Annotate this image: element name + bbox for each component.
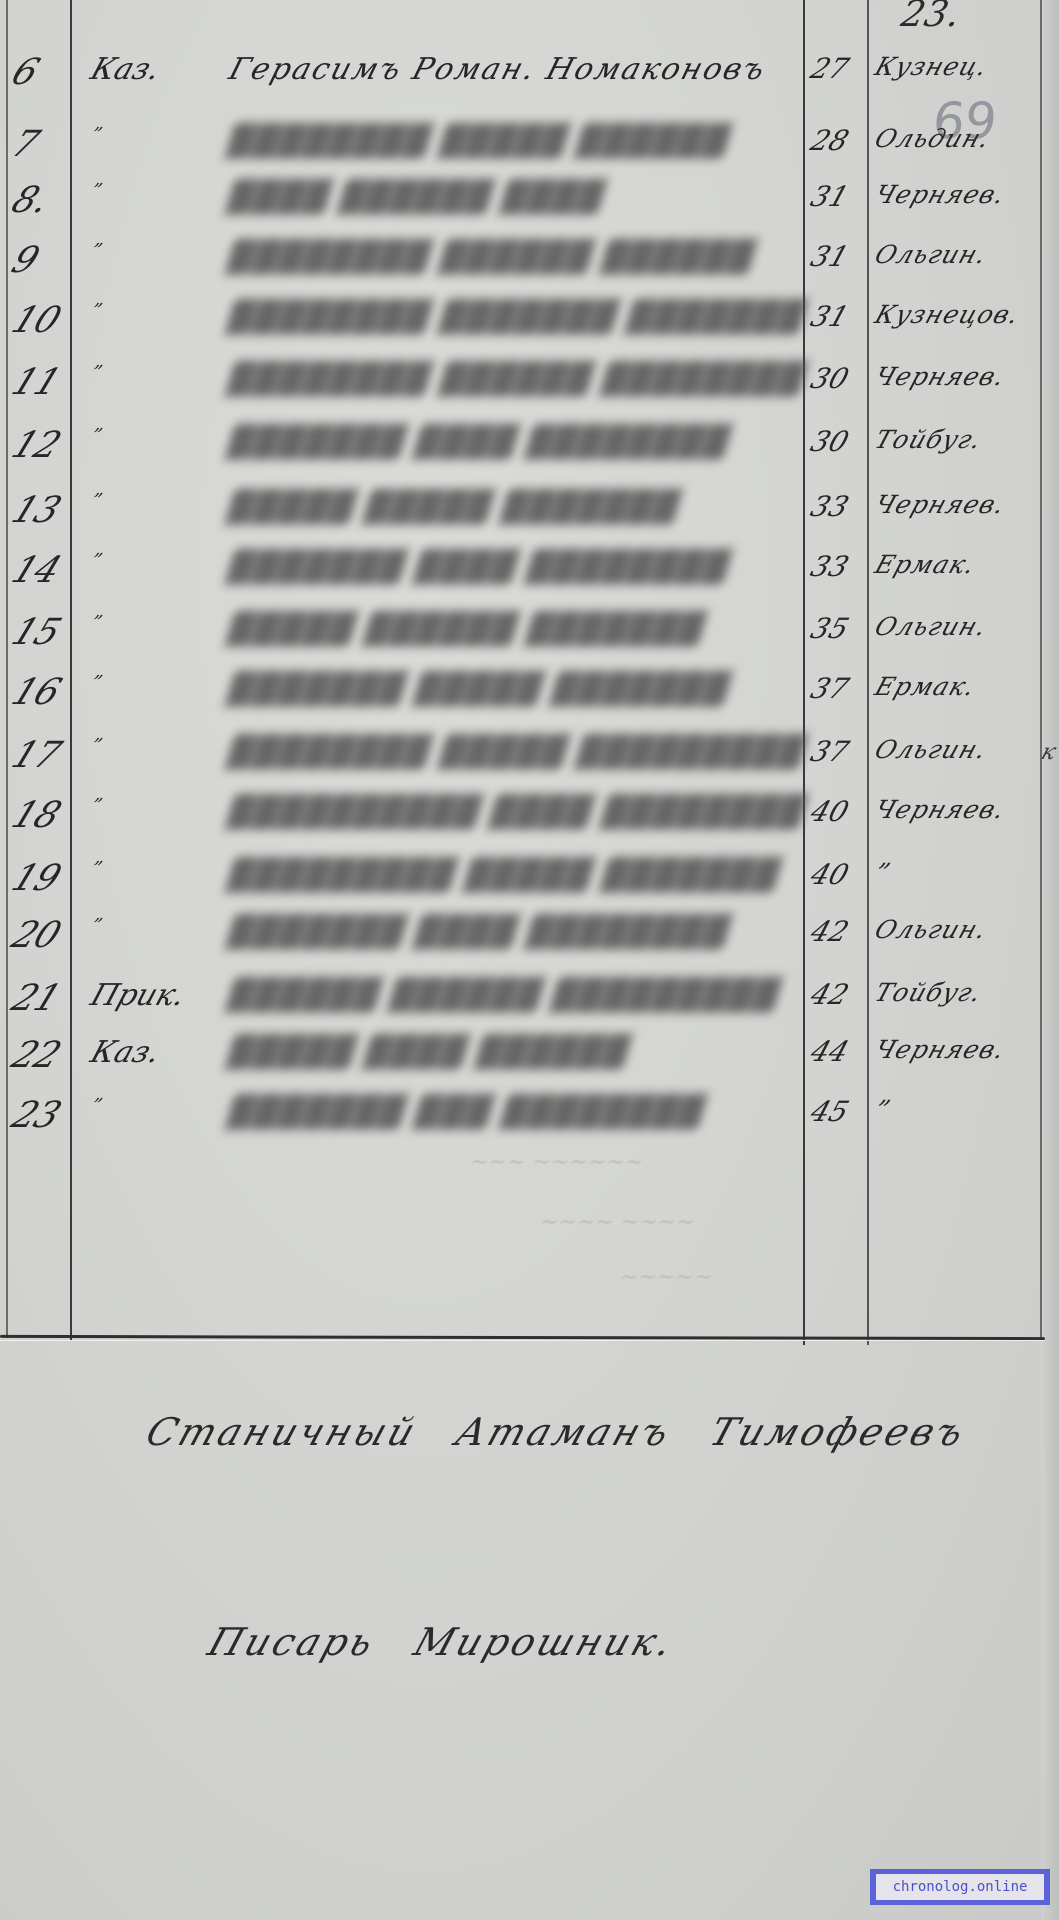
row-name-redacted: █████ █████ ███████	[225, 490, 684, 525]
row-rank: ”	[89, 795, 105, 816]
row-rank: ”	[89, 180, 105, 201]
row-name-redacted: █████████ █████ ███████	[225, 858, 785, 893]
page-number: 23.	[898, 0, 964, 35]
row-number: 9	[6, 240, 44, 281]
table-row: 12 ” ███████ ████ ████████ 30 Тойбуг.	[0, 425, 1059, 481]
row-number: 7	[6, 124, 44, 165]
row-name-redacted: ███████ ████ ████████	[225, 915, 734, 950]
row-rank: ”	[89, 300, 105, 321]
table-row: 13 ” █████ █████ ███████ 33 Черняев.	[0, 490, 1059, 546]
row-rank: Каз.	[86, 1035, 164, 1070]
table-row: 7 ” ████████ █████ ██████ 28 Ольдин.	[0, 124, 1059, 180]
row-number: 13	[6, 490, 66, 531]
row-number: 15	[6, 612, 66, 653]
row-remark: Ермак.	[871, 672, 979, 701]
row-rank: ”	[89, 425, 105, 446]
clerk-signature-line: Писарь Мирошник.	[203, 1620, 707, 1664]
row-age: 37	[807, 672, 853, 705]
table-row: 19 ” █████████ █████ ███████ 40 ”	[0, 858, 1059, 914]
row-age: 31	[807, 240, 853, 273]
table-row: 20 ” ███████ ████ ████████ 42 Ольгин.	[0, 915, 1059, 971]
row-number: 8.	[6, 180, 55, 221]
row-name-redacted: █████ ████ ██████	[225, 1035, 634, 1070]
table-row: 23 ” ███████ ███ ████████ 45 ”	[0, 1095, 1059, 1151]
table-row: 17 ” ████████ █████ █████████ 37 Ольгин.	[0, 735, 1059, 791]
row-age: 28	[807, 124, 853, 157]
row-remark: Кузнец.	[871, 52, 992, 81]
row-number: 18	[6, 795, 66, 836]
table-row: 15 ” █████ ██████ ███████ 35 Ольгин.	[0, 612, 1059, 668]
ataman-title: Станичный	[141, 1410, 424, 1454]
row-name-redacted: ███████ ███ ████████	[225, 1095, 709, 1130]
row-rank: Прик.	[86, 978, 190, 1013]
watermark-text: chronolog.online	[876, 1874, 1044, 1900]
archival-document-page: 23. 69 к 6 Каз. Герасимъ Роман. Номаконо…	[0, 0, 1059, 1920]
row-rank: ”	[89, 915, 105, 936]
table-row: 6 Каз. Герасимъ Роман. Номаконовъ 27 Куз…	[0, 52, 1059, 108]
row-remark: Тойбуг.	[871, 978, 986, 1007]
row-name-redacted: ██████ ██████ █████████	[225, 978, 785, 1013]
row-remark: Ольгин.	[871, 612, 991, 641]
table-row: 10 ” ████████ ███████ ███████ 31 Кузнецо…	[0, 300, 1059, 356]
row-age: 42	[807, 915, 853, 948]
row-remark: Ольгин.	[871, 915, 991, 944]
row-number: 22	[6, 1035, 66, 1076]
row-rank: ”	[89, 124, 105, 145]
row-name-redacted: ██████████ ████ ████████	[225, 795, 810, 830]
row-number: 19	[6, 858, 66, 899]
row-age: 42	[807, 978, 853, 1011]
table-row: 21 Прик. ██████ ██████ █████████ 42 Тойб…	[0, 978, 1059, 1034]
row-age: 30	[807, 425, 853, 458]
row-remark: Ольдин.	[871, 124, 994, 153]
table-row: 14 ” ███████ ████ ████████ 33 Ермак.	[0, 550, 1059, 606]
row-age: 31	[807, 180, 853, 213]
ataman-signature-line: Станичный Атаманъ Тимофеевъ	[141, 1410, 998, 1454]
table-row: 18 ” ██████████ ████ ████████ 40 Черняев…	[0, 795, 1059, 851]
bleed-through-text: ~~~ ~~~~~~	[467, 1150, 646, 1175]
row-remark: Тойбуг.	[871, 425, 986, 454]
row-number: 17	[6, 735, 66, 776]
row-remark: ”	[871, 858, 894, 887]
row-remark: Черняев.	[871, 362, 1009, 391]
row-age: 30	[807, 362, 853, 395]
bleed-through-text: ~~~~ ~~~~	[537, 1210, 698, 1235]
row-age: 44	[807, 1035, 853, 1068]
watermark-badge: chronolog.online	[870, 1869, 1050, 1905]
row-number: 20	[6, 915, 66, 956]
row-remark: Ольгин.	[871, 240, 991, 269]
row-rank: ”	[89, 1095, 105, 1116]
row-remark: Кузнецов.	[871, 300, 1023, 329]
row-name-redacted: ███████ █████ ███████	[225, 672, 734, 707]
row-rank: ”	[89, 672, 105, 693]
row-name-redacted: ████████ █████ █████████	[225, 735, 810, 770]
row-age: 37	[807, 735, 853, 768]
table-row: 22 Каз. █████ ████ ██████ 44 Черняев.	[0, 1035, 1059, 1091]
ataman-role: Атаманъ	[450, 1410, 677, 1454]
row-number: 16	[6, 672, 66, 713]
ataman-signature: Тимофеевъ	[704, 1410, 972, 1454]
table-bottom-rule-highlight	[0, 1340, 1045, 1341]
row-name-redacted: ███████ ████ ████████	[225, 425, 734, 460]
clerk-signature: Мирошник.	[409, 1620, 681, 1664]
row-rank: ”	[89, 858, 105, 879]
table-row: 16 ” ███████ █████ ███████ 37 Ермак.	[0, 672, 1059, 728]
row-age: 35	[807, 612, 853, 645]
row-remark: Черняев.	[871, 490, 1009, 519]
table-row: 8. ” ████ ██████ ████ 31 Черняев.	[0, 180, 1059, 236]
row-rank: ”	[89, 362, 105, 383]
row-age: 31	[807, 300, 853, 333]
row-remark: Ольгин.	[871, 735, 991, 764]
row-number: 12	[6, 425, 66, 466]
row-name-redacted: █████ ██████ ███████	[225, 612, 709, 647]
row-name-redacted: ████████ ██████ ██████	[225, 240, 760, 275]
bleed-through-text: ~~~~~	[617, 1265, 715, 1290]
row-number: 23	[6, 1095, 66, 1136]
row-rank: ”	[89, 550, 105, 571]
row-number: 6	[6, 52, 44, 93]
row-number: 21	[6, 978, 66, 1019]
table-row: 9 ” ████████ ██████ ██████ 31 Ольгин.	[0, 240, 1059, 296]
row-name: Герасимъ Роман. Номаконовъ	[225, 52, 770, 87]
row-number: 14	[6, 550, 66, 591]
row-rank: ”	[89, 490, 105, 511]
table-row: 11 ” ████████ ██████ ████████ 30 Черняев…	[0, 362, 1059, 418]
row-rank: Каз.	[86, 52, 164, 87]
row-age: 40	[807, 795, 853, 828]
row-remark: ”	[871, 1095, 894, 1124]
row-name-redacted: ████████ ██████ ████████	[225, 362, 810, 397]
row-age: 33	[807, 490, 853, 523]
row-name-redacted: ████████ █████ ██████	[225, 124, 734, 159]
row-rank: ”	[89, 612, 105, 633]
row-age: 27	[807, 52, 853, 85]
row-rank: ”	[89, 735, 105, 756]
clerk-role: Писарь	[203, 1620, 382, 1664]
row-age: 45	[807, 1095, 853, 1128]
row-remark: Черняев.	[871, 1035, 1009, 1064]
row-remark: Черняев.	[871, 180, 1009, 209]
row-age: 33	[807, 550, 853, 583]
row-number: 10	[6, 300, 66, 341]
row-remark: Черняев.	[871, 795, 1009, 824]
row-remark: Ермак.	[871, 550, 979, 579]
row-name-redacted: ████████ ███████ ███████	[225, 300, 810, 335]
row-rank: ”	[89, 240, 105, 261]
row-number: 11	[6, 362, 66, 403]
row-age: 40	[807, 858, 853, 891]
row-name-redacted: ███████ ████ ████████	[225, 550, 734, 585]
row-name-redacted: ████ ██████ ████	[225, 180, 609, 215]
